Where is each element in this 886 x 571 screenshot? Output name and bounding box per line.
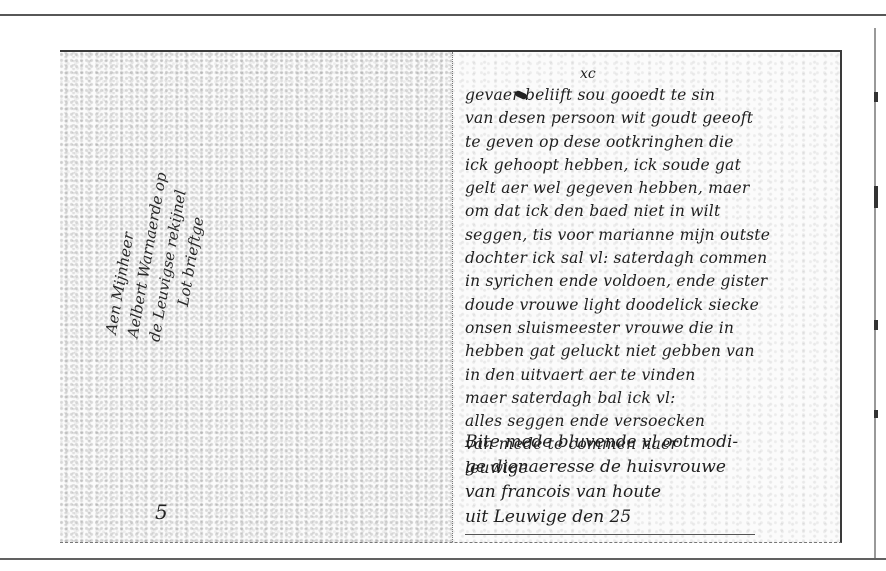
scan-artifact <box>874 186 878 208</box>
letter-closing: Bite mede bluvende vl ootmodi- ge dienae… <box>465 430 830 530</box>
letter-line: onsen sluismeester vrouwe die in <box>465 317 830 340</box>
scan-artifact <box>874 92 878 102</box>
letter-sheet: xc Aen Mijnheer Aelbert Warnaerde op de … <box>60 50 842 543</box>
scan-right-edge <box>874 28 876 558</box>
letter-line: gevaer beliift sou gooedt te sin <box>465 84 830 107</box>
letter-line: ick gehoopt hebben, ick soude gat <box>465 154 830 177</box>
letter-line: te geven op dese ootkringhen die <box>465 131 830 154</box>
closing-line: ge dienaeresse de huisvrouwe <box>465 455 830 480</box>
scan-artifact <box>874 320 878 330</box>
scan-artifact <box>874 410 878 418</box>
letter-line: doude vrouwe light doodelick siecke <box>465 294 830 317</box>
scan-bottom-edge <box>0 558 886 560</box>
fold-line <box>452 52 454 542</box>
letter-line: in den uitvaert aer te vinden <box>465 364 830 387</box>
letter-line: seggen, tis voor marianne mijn outste <box>465 224 830 247</box>
letter-line: hebben gat geluckt niet gebben van <box>465 340 830 363</box>
letter-body: gevaer beliift sou gooedt te sin van des… <box>465 84 830 480</box>
letter-line: in syrichen ende voldoen, ende gister <box>465 270 830 293</box>
folio-mark: xc <box>580 66 596 82</box>
letter-line: van desen persoon wit goudt geeoft <box>465 107 830 130</box>
letter-line: dochter ick sal vl: saterdagh commen <box>465 247 830 270</box>
page-number: 5 <box>155 500 168 524</box>
letter-line: gelt aer wel gegeven hebben, maer <box>465 177 830 200</box>
scan-top-edge <box>0 14 886 16</box>
closing-line: uit Leuwige den 25 <box>465 505 830 530</box>
closing-line: van francois van houte <box>465 480 830 505</box>
letter-line: om dat ick den baed niet in wilt <box>465 200 830 223</box>
letter-line: maer saterdagh bal ick vl: <box>465 387 830 410</box>
date-underline <box>465 534 755 535</box>
closing-line: Bite mede bluvende vl ootmodi- <box>465 430 830 455</box>
